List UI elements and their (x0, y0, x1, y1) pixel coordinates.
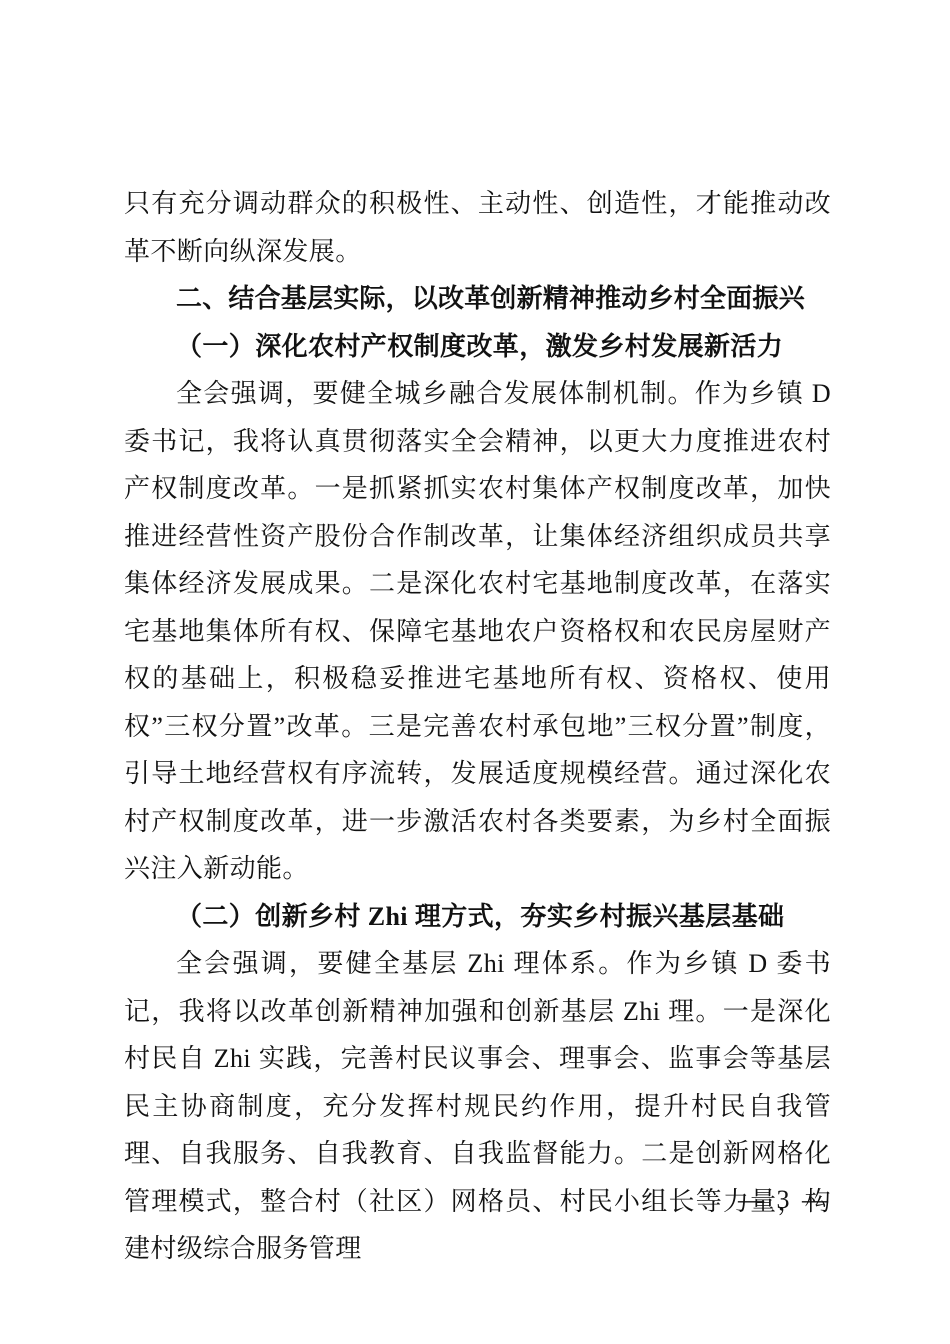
section-heading-2: 二、结合基层实际，以改革创新精神推动乡村全面振兴 (124, 275, 831, 323)
paragraph-continuation: 只有充分调动群众的积极性、主动性、创造性，才能推动改革不断向纵深发展。 (124, 180, 831, 275)
subsection-heading-1: （一）深化农村产权制度改革，激发乡村发展新活力 (124, 323, 831, 371)
document-body: 只有充分调动群众的积极性、主动性、创造性，才能推动改革不断向纵深发展。 二、结合… (124, 180, 831, 1273)
page-number: — 3 — (738, 1184, 831, 1216)
subsection-heading-2: （二）创新乡村 Zhi 理方式，夯实乡村振兴基层基础 (124, 893, 831, 941)
paragraph-property-rights-reform: 全会强调，要健全城乡融合发展体制机制。作为乡镇 D 委书记，我将认真贯彻落实全会… (124, 370, 831, 893)
document-page: 只有充分调动群众的积极性、主动性、创造性，才能推动改革不断向纵深发展。 二、结合… (0, 0, 950, 1344)
paragraph-governance-innovation: 全会强调，要健全基层 Zhi 理体系。作为乡镇 D 委书记，我将以改革创新精神加… (124, 940, 831, 1273)
